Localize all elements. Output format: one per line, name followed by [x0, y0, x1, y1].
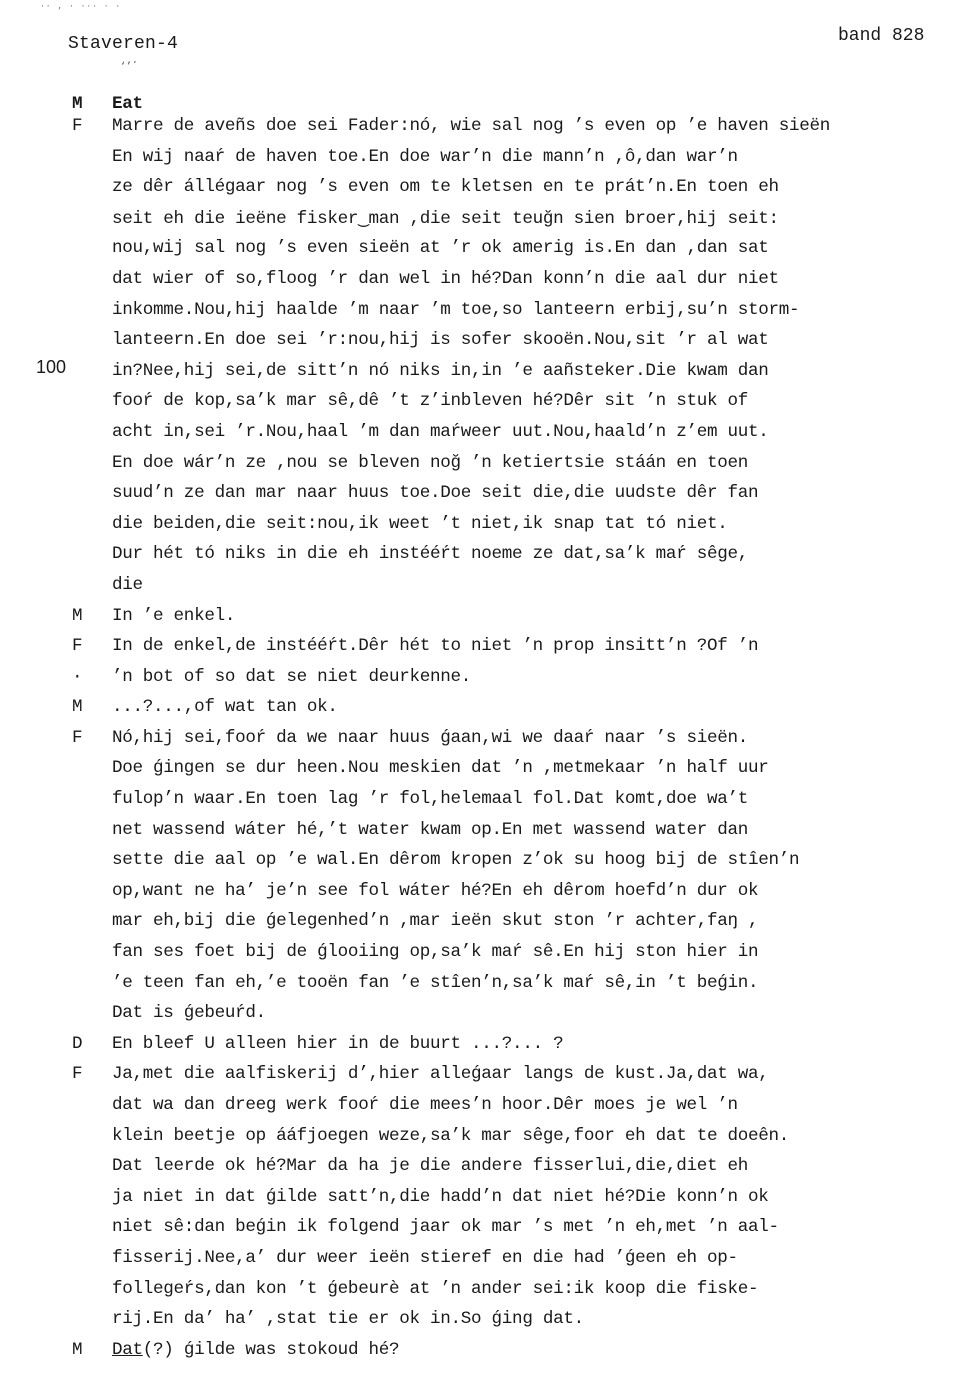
- speaker-label: M: [72, 697, 112, 717]
- line-text: Dur hét tó niks in die eh instééŕt noeme…: [112, 544, 972, 564]
- transcript-line: En doe wár’n ze ,nou se bleven noğ ’n ke…: [72, 453, 972, 484]
- line-text: die: [112, 575, 972, 595]
- speaker-label: D: [72, 1034, 112, 1054]
- transcript-line: ze dêr állégaar nog ’s even om te kletse…: [72, 177, 972, 208]
- handwritten-mark: ‘’˹: [120, 62, 138, 73]
- line-text: Ja,met die aalfiskerij d’,hier alleǵaar …: [112, 1064, 972, 1084]
- line-text: ze dêr állégaar nog ’s even om te kletse…: [112, 177, 972, 197]
- transcript-line: die: [72, 575, 972, 606]
- transcript-line: M...?...,of wat tan ok.: [72, 697, 972, 728]
- transcript-line: Dur hét tó niks in die eh instééŕt noeme…: [72, 544, 972, 575]
- line-text: suud’n ze dan mar naar huus toe.Doe seit…: [112, 483, 972, 503]
- line-text: dat wa dan dreeg werk fooŕ die mees’n ho…: [112, 1095, 972, 1115]
- transcript-line: dat wa dan dreeg werk fooŕ die mees’n ho…: [72, 1095, 972, 1126]
- line-text: fooŕ de kop,sa’k mar sê,dê ’t z’inbleven…: [112, 391, 972, 411]
- transcript-line: acht in,sei ’r.Nou,haal ’m dan maŕweer u…: [72, 422, 972, 453]
- line-text: acht in,sei ’r.Nou,haal ’m dan maŕweer u…: [112, 422, 972, 442]
- line-text: inkomme.Nou,hij haalde ’m naar ’m toe,so…: [112, 300, 972, 320]
- transcript-line: fulop’n waar.En toen lag ’r fol,helemaal…: [72, 789, 972, 820]
- transcript-line: fisserij.Nee,a’ dur weer ieën stieref en…: [72, 1248, 972, 1279]
- line-text: ...?...,of wat tan ok.: [112, 697, 972, 717]
- line-text: sette die aal op ’e wal.En dêrom kropen …: [112, 850, 972, 870]
- transcript-line: nou,wij sal nog ’s even sieën at ’r ok a…: [72, 238, 972, 269]
- transcript-line: ’e teen fan eh,’e tooën fan ’e stîen’n,s…: [72, 973, 972, 1004]
- line-text: Eat: [112, 94, 972, 114]
- transcript-line: follegeŕs,dan kon ’t ǵebeurè at ’n ander…: [72, 1279, 972, 1310]
- line-text: En bleef U alleen hier in de buurt ...?.…: [112, 1034, 972, 1054]
- transcript-line: En wij naaŕ de haven toe.En doe war’n di…: [72, 147, 972, 178]
- line-text: follegeŕs,dan kon ’t ǵebeurè at ’n ander…: [112, 1279, 972, 1299]
- transcript-line: Doe ǵingen se dur heen.Nou meskien dat ’…: [72, 758, 972, 789]
- transcript-line: net wassend wáter hé,’t water kwam op.En…: [72, 820, 972, 851]
- transcript-line: ·’n bot of so dat se niet deurkenne.: [72, 667, 972, 698]
- speaker-label: F: [72, 116, 112, 136]
- transcript-line: inkomme.Nou,hij haalde ’m naar ’m toe,so…: [72, 300, 972, 331]
- line-text: die beiden,die seit:nou,ik weet ’t niet,…: [112, 514, 972, 534]
- transcript-line: FMarre de aveñs doe sei Fader:nó, wie sa…: [72, 116, 972, 147]
- transcript-line: FIn de enkel,de instééŕt.Dêr hét to niet…: [72, 636, 972, 667]
- line-text: En wij naaŕ de haven toe.En doe war’n di…: [112, 147, 972, 167]
- line-text: in?Nee,hij sei,de sitt’n nó niks in,in ’…: [112, 361, 972, 381]
- line-text: nou,wij sal nog ’s even sieën at ’r ok a…: [112, 238, 972, 258]
- line-text: Doe ǵingen se dur heen.Nou meskien dat ’…: [112, 758, 972, 778]
- transcript-line: FNó,hij sei,fooŕ da we naar huus ǵaan,wi…: [72, 728, 972, 759]
- transcript-line: DEn bleef U alleen hier in de buurt ...?…: [72, 1034, 972, 1065]
- speaker-label: F: [72, 636, 112, 656]
- transcript-line: MIn ’e enkel.: [72, 606, 972, 637]
- line-text: ’e teen fan eh,’e tooën fan ’e stîen’n,s…: [112, 973, 972, 993]
- transcript-line: seit eh die ieëne fisker‿man ,die seit t…: [72, 208, 972, 239]
- transcript-line: dat wier of so,floog ’r dan wel in hé?Da…: [72, 269, 972, 300]
- line-text: fan ses foet bij de ǵlooiing op,sa’k maŕ…: [112, 942, 972, 962]
- transcript-line: suud’n ze dan mar naar huus toe.Doe seit…: [72, 483, 972, 514]
- transcript-line: fooŕ de kop,sa’k mar sê,dê ’t z’inbleven…: [72, 391, 972, 422]
- transcript-line: FJa,met die aalfiskerij d’,hier alleǵaar…: [72, 1064, 972, 1095]
- transcript-line: sette die aal op ’e wal.En dêrom kropen …: [72, 850, 972, 881]
- transcript-line: fan ses foet bij de ǵlooiing op,sa’k maŕ…: [72, 942, 972, 973]
- line-text: In ’e enkel.: [112, 606, 972, 626]
- transcript-line: rij.En da’ ha’ ,stat tie er ok in.So ǵin…: [72, 1309, 972, 1340]
- line-text: En doe wár’n ze ,nou se bleven noğ ’n ke…: [112, 453, 972, 473]
- line-number: 100: [36, 357, 66, 378]
- line-text: mar eh,bij die ǵelegenhed’n ,mar ieën sk…: [112, 911, 972, 931]
- transcript: MEatFMarre de aveñs doe sei Fader:nó, wi…: [72, 94, 972, 1370]
- line-text: dat wier of so,floog ’r dan wel in hé?Da…: [112, 269, 972, 289]
- line-text: seit eh die ieëne fisker‿man ,die seit t…: [112, 208, 972, 229]
- line-text: Dat is ǵebeuŕd.: [112, 1003, 972, 1023]
- transcript-line: die beiden,die seit:nou,ik weet ’t niet,…: [72, 514, 972, 545]
- transcript-line: MDat(?) ǵilde was stokoud hé?: [72, 1340, 972, 1371]
- speaker-label: M: [72, 94, 112, 114]
- line-text: lanteern.En doe sei ’r:nou,hij is sofer …: [112, 330, 972, 350]
- speaker-label: M: [72, 606, 112, 626]
- transcript-line: Dat is ǵebeuŕd.: [72, 1003, 972, 1034]
- speaker-label: M: [72, 1340, 112, 1360]
- transcript-line: op,want ne ha’ je’n see fol wáter hé?En …: [72, 881, 972, 912]
- line-text: ’n bot of so dat se niet deurkenne.: [112, 667, 972, 687]
- transcript-line: lanteern.En doe sei ’r:nou,hij is sofer …: [72, 330, 972, 361]
- line-text: op,want ne ha’ je’n see fol wáter hé?En …: [112, 881, 972, 901]
- line-text: Dat leerde ok hé?Mar da ha je die andere…: [112, 1156, 972, 1176]
- transcript-line: MEat: [72, 94, 972, 116]
- speaker-label: F: [72, 1064, 112, 1084]
- transcript-line: niet sê:dan beǵin ik folgend jaar ok mar…: [72, 1217, 972, 1248]
- transcript-line: ja niet in dat ǵilde satt’n,die hadd’n d…: [72, 1187, 972, 1218]
- line-text: rij.En da’ ha’ ,stat tie er ok in.So ǵin…: [112, 1309, 972, 1329]
- line-text: Marre de aveñs doe sei Fader:nó, wie sal…: [112, 116, 972, 136]
- line-text: niet sê:dan beǵin ik folgend jaar ok mar…: [112, 1217, 972, 1237]
- speaker-label: ·: [72, 667, 112, 687]
- transcript-line: in?Nee,hij sei,de sitt’n nó niks in,in ’…: [72, 361, 972, 392]
- line-text: ja niet in dat ǵilde satt’n,die hadd’n d…: [112, 1187, 972, 1207]
- transcript-line: Dat leerde ok hé?Mar da ha je die andere…: [72, 1156, 972, 1187]
- scan-artifact: ·· ‚ · ··· · ·: [40, 2, 121, 11]
- document-title: Staveren-4: [68, 34, 178, 54]
- transcript-line: klein beetje op ááfjoegen weze,sa’k mar …: [72, 1126, 972, 1157]
- speaker-label: F: [72, 728, 112, 748]
- transcript-line: mar eh,bij die ǵelegenhed’n ,mar ieën sk…: [72, 911, 972, 942]
- line-text: klein beetje op ááfjoegen weze,sa’k mar …: [112, 1126, 972, 1146]
- line-text: Dat(?) ǵilde was stokoud hé?: [112, 1340, 972, 1360]
- line-text: fulop’n waar.En toen lag ’r fol,helemaal…: [112, 789, 972, 809]
- line-text: net wassend wáter hé,’t water kwam op.En…: [112, 820, 972, 840]
- line-text: Nó,hij sei,fooŕ da we naar huus ǵaan,wi …: [112, 728, 972, 748]
- line-text: fisserij.Nee,a’ dur weer ieën stieref en…: [112, 1248, 972, 1268]
- line-text: In de enkel,de instééŕt.Dêr hét to niet …: [112, 636, 972, 656]
- band-number: band 828: [838, 26, 924, 46]
